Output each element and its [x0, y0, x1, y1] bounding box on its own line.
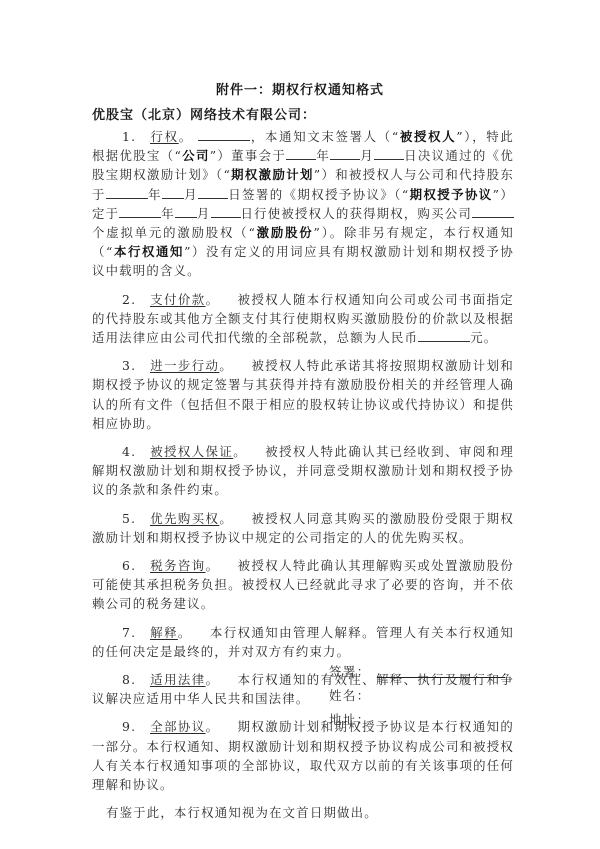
text: ，本通知文末签署人（“ [250, 129, 399, 144]
section-9: 9.全部协议。期权激励计划和期权授予协议是本行权通知的一部分。本行权通知、期权激… [92, 717, 514, 794]
section-number: 3. [122, 356, 150, 375]
closing-statement: 有鉴于此，本行权通知视为在文首日期做出。 [92, 803, 514, 822]
defined-term: 期权授予协议 [409, 187, 492, 202]
blank-field [119, 205, 161, 218]
text: 月 [360, 148, 374, 163]
heading-punct: 。 [178, 625, 192, 640]
defined-term: 被授权人 [399, 129, 456, 144]
signature-line [377, 677, 505, 678]
defined-term: 本行权通知 [114, 244, 185, 259]
heading-punct: 。 [219, 511, 233, 526]
heading-punct: 。 [206, 558, 220, 573]
heading-punct: 。 [219, 358, 233, 373]
section-1: 1.行权。 ，本通知文末签署人（“被授权人”），特此根据优股宝（“公司”）董事会… [92, 127, 514, 281]
heading-punct: 。 [206, 292, 220, 307]
signature-label: 签署： [329, 664, 371, 679]
section-number: 8. [122, 670, 150, 689]
heading-punct: 。 [206, 719, 220, 734]
section-heading: 适用法律 [150, 672, 206, 687]
section-heading: 进一步行动 [150, 358, 219, 373]
section-number: 9. [122, 717, 150, 736]
heading-punct: 。 [179, 129, 193, 144]
text: 个虚拟单元的激励股权（“ [92, 225, 256, 240]
heading-punct: 。 [206, 672, 220, 687]
document-body: 1.行权。 ，本通知文末签署人（“被授权人”），特此根据优股宝（“公司”）董事会… [92, 127, 514, 832]
text: 月 [184, 187, 198, 202]
document-page: 附件一：期权行权通知格式 优股宝（北京）网络技术有限公司： 1.行权。 ，本通知… [0, 0, 600, 849]
blank-field [162, 186, 184, 199]
document-title: 附件一：期权行权通知格式 [0, 79, 600, 98]
text: 日签署的《期权授予协议》（“ [228, 187, 409, 202]
blank-field [175, 205, 197, 218]
text: 元。 [470, 330, 497, 345]
blank-field [374, 147, 404, 160]
section-heading: 被授权人保证 [150, 444, 233, 459]
defined-term: 激励股份 [256, 225, 314, 240]
blank-field [211, 205, 241, 218]
defined-term: 期权激励计划 [231, 167, 314, 182]
address-label: 地址： [329, 712, 371, 727]
section-number: 7. [122, 623, 150, 642]
blank-field [198, 128, 250, 141]
section-heading: 优先购买权 [150, 511, 219, 526]
section-number: 1. [122, 127, 150, 146]
section-heading: 全部协议 [150, 719, 206, 734]
blank-field [286, 147, 316, 160]
blank-field [106, 186, 148, 199]
signature-row: 签署： [329, 662, 505, 680]
heading-punct: 。 [233, 444, 247, 459]
text: 日行使被授权人的获得期权，购买公司 [241, 206, 472, 221]
text: 月 [197, 206, 211, 221]
section-2: 2.支付价款。被授权人随本行权通知向公司或公司书面指定的代持股东或其他方全额支付… [92, 290, 514, 348]
name-label: 姓名： [329, 688, 371, 703]
section-6: 6.税务咨询。被授权人特此确认其理解购买或处置激励股份可能使其承担税务负担。被授… [92, 556, 514, 614]
text: ”）董事会于 [210, 148, 286, 163]
section-4: 4.被授权人保证。被授权人特此确认其已经收到、审阅和理解期权激励计划和期权授予协… [92, 442, 514, 500]
blank-field [198, 186, 228, 199]
amount-blank [418, 329, 470, 342]
addressee: 优股宝（北京）网络技术有限公司： [92, 104, 316, 123]
address-row: 地址： [329, 710, 371, 728]
section-number: 4. [122, 442, 150, 461]
name-row: 姓名： [329, 686, 371, 704]
section-number: 6. [122, 556, 150, 575]
section-heading: 行权 [150, 129, 179, 144]
text: 年 [161, 206, 175, 221]
section-7: 7.解释。本行权通知由管理人解释。管理人有关本行权通知的任何决定是最终的，并对双… [92, 623, 514, 661]
section-heading: 支付价款 [150, 292, 206, 307]
section-number: 2. [122, 290, 150, 309]
defined-term: 公司 [182, 148, 210, 163]
section-heading: 税务咨询 [150, 558, 206, 573]
section-heading: 解释 [150, 625, 178, 640]
section-number: 5. [122, 509, 150, 528]
blank-field [472, 205, 514, 218]
section-3: 3.进一步行动。被授权人特此承诺其将按照期权激励计划和期权授予协议的规定签署与其… [92, 356, 514, 433]
text: 年 [316, 148, 330, 163]
section-5: 5.优先购买权。被授权人同意其购买的激励股份受限于期权激励计划和期权授予协议中规… [92, 509, 514, 547]
blank-field [330, 147, 360, 160]
text: 年 [148, 187, 162, 202]
